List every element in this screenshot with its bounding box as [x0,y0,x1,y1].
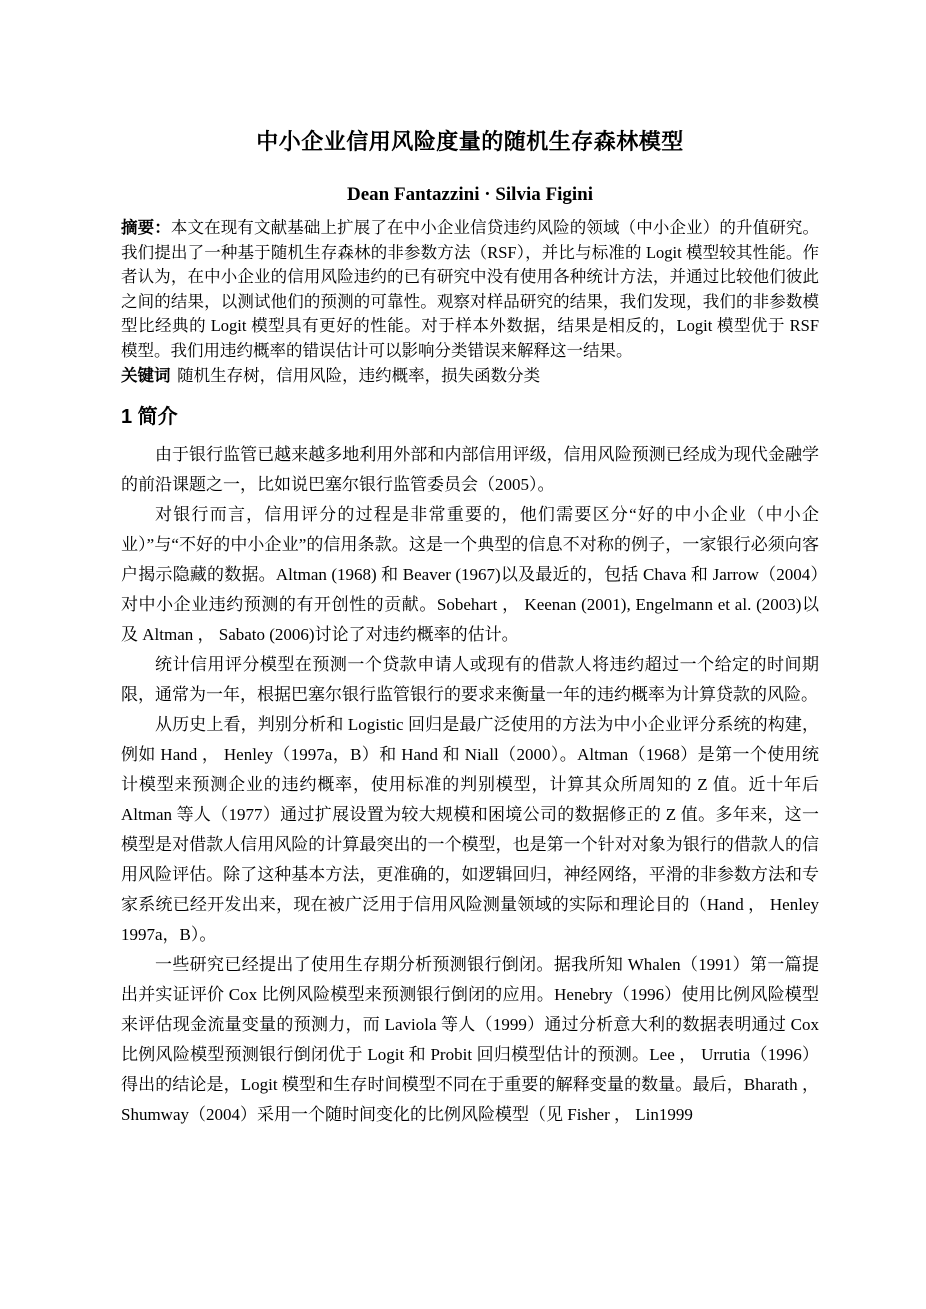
keywords-text: 随机生存树，信用风险，违约概率，损失函数分类 [177,366,540,385]
paragraph-3: 统计信用评分模型在预测一个贷款申请人或现有的借款人将违约超过一个给定的时间期限，… [121,650,819,710]
abstract-label: 摘要： [121,218,171,237]
paper-title: 中小企业信用风险度量的随机生存森林模型 [121,127,819,157]
document-page: 中小企业信用风险度量的随机生存森林模型 Dean Fantazzini · Si… [0,0,926,1309]
paragraph-2: 对银行而言，信用评分的过程是非常重要的，他们需要区分“好的中小企业（中小企业）”… [121,500,819,650]
paragraph-4: 从历史上看，判别分析和 Logistic 回归是最广泛使用的方法为中小企业评分系… [121,710,819,950]
keywords-label: 关键词 [121,366,171,385]
introduction-body: 由于银行监管已越来越多地利用外部和内部信用评级，信用风险预测已经成为现代金融学的… [121,440,819,1130]
keywords: 关键词随机生存树，信用风险，违约概率，损失函数分类 [121,364,819,389]
paragraph-5: 一些研究已经提出了使用生存期分析预测银行倒闭。据我所知 Whalen（1991）… [121,950,819,1130]
section-heading-introduction: 1 简介 [121,402,819,432]
abstract: 摘要：本文在现有文献基础上扩展了在中小企业信贷违约风险的领域（中小企业）的升值研… [121,216,819,364]
paper-authors: Dean Fantazzini · Silvia Figini [121,182,819,207]
abstract-text: 本文在现有文献基础上扩展了在中小企业信贷违约风险的领域（中小企业）的升值研究。我… [121,218,819,360]
paragraph-1: 由于银行监管已越来越多地利用外部和内部信用评级，信用风险预测已经成为现代金融学的… [121,440,819,500]
